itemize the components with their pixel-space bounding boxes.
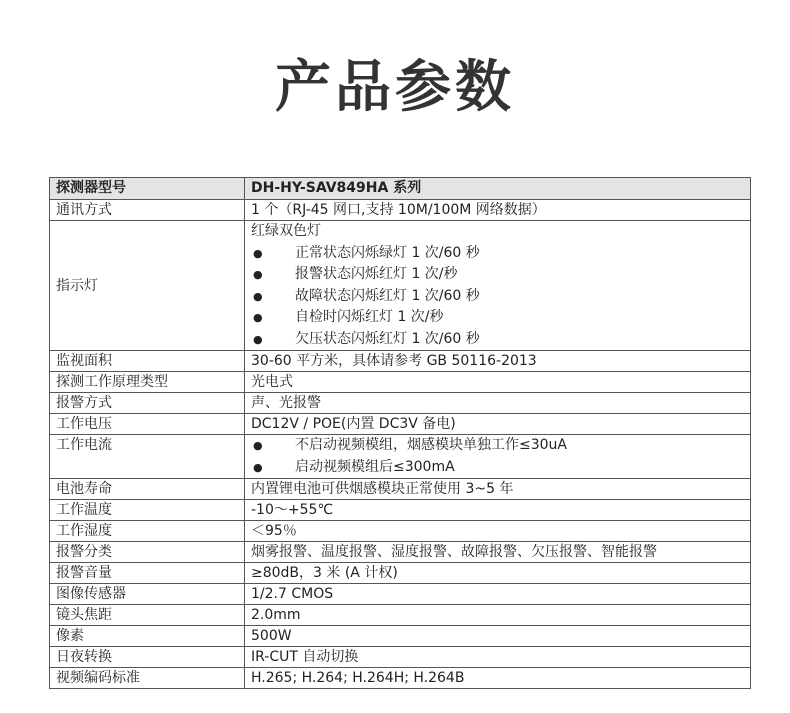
spec-key: 报警分类 (50, 542, 245, 563)
spec-key: 通讯方式 (50, 200, 245, 221)
spec-value: 内置锂电池可供烟感模块正常使用 3~5 年 (245, 479, 751, 500)
list-item: 不启动视频模组，烟感模块单独工作≤30uA (251, 435, 744, 457)
spec-value: H.265; H.264; H.264H; H.264B (245, 668, 751, 689)
list-item: 自检时闪烁红灯 1 次/秒 (251, 307, 744, 329)
list-item: 故障状态闪烁红灯 1 次/60 秒 (251, 286, 744, 308)
table-row: 像素 500W (50, 626, 751, 647)
table-row: 报警音量 ≥80dB，3 米 (A 计权) (50, 563, 751, 584)
table-row: 图像传感器 1/2.7 CMOS (50, 584, 751, 605)
spec-key: 报警方式 (50, 393, 245, 414)
table-row: 工作电流 不启动视频模组，烟感模块单独工作≤30uA 启动视频模组后≤300mA (50, 435, 751, 479)
page-title: 产品参数 (0, 52, 790, 124)
table-row: 工作温度 -10～+55℃ (50, 500, 751, 521)
table-row: 工作电压 DC12V / POE(内置 DC3V 备电) (50, 414, 751, 435)
spec-value: 声、光报警 (245, 393, 751, 414)
spec-key: 探测器型号 (50, 178, 245, 200)
table-row: 指示灯 红绿双色灯 正常状态闪烁绿灯 1 次/60 秒 报警状态闪烁红灯 1 次… (50, 221, 751, 351)
spec-table: 探测器型号 DH-HY-SAV849HA 系列 通讯方式 1 个（RJ-45 网… (49, 177, 751, 689)
spec-value: 2.0mm (245, 605, 751, 626)
spec-value: 红绿双色灯 正常状态闪烁绿灯 1 次/60 秒 报警状态闪烁红灯 1 次/秒 故… (245, 221, 751, 351)
list-item: 欠压状态闪烁红灯 1 次/60 秒 (251, 329, 744, 351)
spec-key: 指示灯 (50, 221, 245, 351)
spec-key: 工作电流 (50, 435, 245, 479)
spec-value: ≥80dB，3 米 (A 计权) (245, 563, 751, 584)
spec-key: 工作湿度 (50, 521, 245, 542)
spec-value: 光电式 (245, 372, 751, 393)
current-list: 不启动视频模组，烟感模块单独工作≤30uA 启动视频模组后≤300mA (251, 435, 744, 478)
spec-key: 视频编码标准 (50, 668, 245, 689)
list-item: 启动视频模组后≤300mA (251, 457, 744, 479)
spec-key: 监视面积 (50, 351, 245, 372)
table-row: 报警方式 声、光报警 (50, 393, 751, 414)
spec-value: 1/2.7 CMOS (245, 584, 751, 605)
spec-key: 镜头焦距 (50, 605, 245, 626)
spec-key: 探测工作原理类型 (50, 372, 245, 393)
table-row: 监视面积 30-60 平方米，具体请参考 GB 50116-2013 (50, 351, 751, 372)
spec-value: ＜95％ (245, 521, 751, 542)
table-row: 通讯方式 1 个（RJ-45 网口,支持 10M/100M 网络数据） (50, 200, 751, 221)
indicator-intro: 红绿双色灯 (251, 221, 744, 243)
table-row: 视频编码标准 H.265; H.264; H.264H; H.264B (50, 668, 751, 689)
spec-key: 图像传感器 (50, 584, 245, 605)
spec-value: IR-CUT 自动切换 (245, 647, 751, 668)
spec-value: 500W (245, 626, 751, 647)
spec-value: 烟雾报警、温度报警、湿度报警、故障报警、欠压报警、智能报警 (245, 542, 751, 563)
table-row: 电池寿命 内置锂电池可供烟感模块正常使用 3~5 年 (50, 479, 751, 500)
spec-key: 电池寿命 (50, 479, 245, 500)
table-row: 镜头焦距 2.0mm (50, 605, 751, 626)
spec-key: 工作电压 (50, 414, 245, 435)
spec-value: 30-60 平方米，具体请参考 GB 50116-2013 (245, 351, 751, 372)
spec-value: DH-HY-SAV849HA 系列 (245, 178, 751, 200)
spec-key: 日夜转换 (50, 647, 245, 668)
list-item: 正常状态闪烁绿灯 1 次/60 秒 (251, 243, 744, 265)
spec-value: 不启动视频模组，烟感模块单独工作≤30uA 启动视频模组后≤300mA (245, 435, 751, 479)
spec-value: -10～+55℃ (245, 500, 751, 521)
table-row: 探测器型号 DH-HY-SAV849HA 系列 (50, 178, 751, 200)
table-row: 日夜转换 IR-CUT 自动切换 (50, 647, 751, 668)
list-item: 报警状态闪烁红灯 1 次/秒 (251, 264, 744, 286)
spec-value: DC12V / POE(内置 DC3V 备电) (245, 414, 751, 435)
spec-key: 工作温度 (50, 500, 245, 521)
table-row: 工作湿度 ＜95％ (50, 521, 751, 542)
table-row: 报警分类 烟雾报警、温度报警、湿度报警、故障报警、欠压报警、智能报警 (50, 542, 751, 563)
indicator-list: 正常状态闪烁绿灯 1 次/60 秒 报警状态闪烁红灯 1 次/秒 故障状态闪烁红… (251, 243, 744, 351)
spec-key: 像素 (50, 626, 245, 647)
spec-key: 报警音量 (50, 563, 245, 584)
spec-value: 1 个（RJ-45 网口,支持 10M/100M 网络数据） (245, 200, 751, 221)
table-row: 探测工作原理类型 光电式 (50, 372, 751, 393)
